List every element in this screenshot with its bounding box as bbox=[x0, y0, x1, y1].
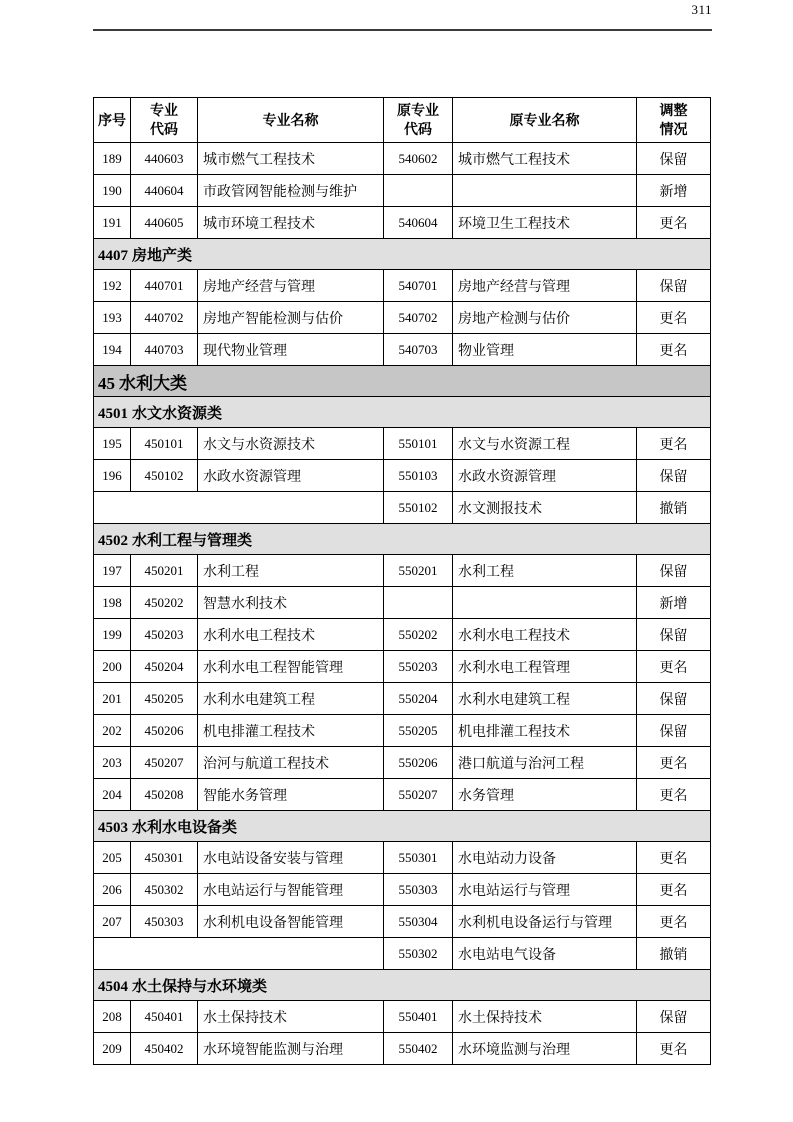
table-row: 205450301水电站设备安装与管理550301水电站动力设备更名 bbox=[94, 842, 711, 874]
table-row: 208450401水土保持技术550401水土保持技术保留 bbox=[94, 1001, 711, 1033]
table-row: 196450102水政水资源管理550103水政水资源管理保留 bbox=[94, 460, 711, 492]
code-cell: 190 bbox=[94, 175, 131, 207]
code-cell: 540602 bbox=[384, 143, 453, 175]
adjustment-status-cell: 更名 bbox=[637, 302, 711, 334]
major-name-cell: 物业管理 bbox=[453, 334, 637, 366]
major-name-cell: 水土保持技术 bbox=[198, 1001, 384, 1033]
category-code: 45 bbox=[98, 374, 115, 393]
major-name-cell bbox=[453, 175, 637, 207]
code-cell: 450303 bbox=[131, 906, 198, 938]
table-row: 206450302水电站运行与智能管理550303水电站运行与管理更名 bbox=[94, 874, 711, 906]
category-name: 水利水电设备类 bbox=[132, 819, 237, 836]
category-cell: 4407 房地产类 bbox=[94, 239, 711, 270]
code-cell: 550203 bbox=[384, 651, 453, 683]
major-name-cell: 现代物业管理 bbox=[198, 334, 384, 366]
adjustment-status-cell: 更名 bbox=[637, 874, 711, 906]
code-cell: 550204 bbox=[384, 683, 453, 715]
adjustment-status-cell: 更名 bbox=[637, 906, 711, 938]
major-name-cell: 市政管网智能检测与维护 bbox=[198, 175, 384, 207]
major-name-cell: 智能水务管理 bbox=[198, 779, 384, 811]
major-name-cell: 水环境智能监测与治理 bbox=[198, 1033, 384, 1065]
adjustment-status-cell: 新增 bbox=[637, 587, 711, 619]
major-name-cell: 城市燃气工程技术 bbox=[453, 143, 637, 175]
code-cell: 450208 bbox=[131, 779, 198, 811]
major-name-cell: 水文测报技术 bbox=[453, 492, 637, 524]
code-cell: 540604 bbox=[384, 207, 453, 239]
code-cell: 440603 bbox=[131, 143, 198, 175]
code-cell: 450204 bbox=[131, 651, 198, 683]
major-name-cell bbox=[453, 587, 637, 619]
sub-category-row: 4504 水土保持与水环境类 bbox=[94, 970, 711, 1001]
table-row: 191440605城市环境工程技术540604环境卫生工程技术更名 bbox=[94, 207, 711, 239]
adjustment-status-cell: 撤销 bbox=[637, 492, 711, 524]
adjustment-status-cell: 更名 bbox=[637, 651, 711, 683]
code-cell: 550201 bbox=[384, 555, 453, 587]
sub-category-row: 4501 水文水资源类 bbox=[94, 397, 711, 428]
major-name-cell: 水政水资源管理 bbox=[453, 460, 637, 492]
header-rule bbox=[93, 29, 712, 31]
code-cell: 195 bbox=[94, 428, 131, 460]
code-cell: 194 bbox=[94, 334, 131, 366]
code-cell: 550101 bbox=[384, 428, 453, 460]
major-name-cell: 水土保持技术 bbox=[453, 1001, 637, 1033]
major-name-cell: 水利水电建筑工程 bbox=[198, 683, 384, 715]
category-name: 水利工程与管理类 bbox=[132, 532, 252, 549]
sub-category-row: 4407 房地产类 bbox=[94, 239, 711, 270]
major-name-cell: 水电站运行与管理 bbox=[453, 874, 637, 906]
major-name-cell: 水利水电工程管理 bbox=[453, 651, 637, 683]
major-name-cell: 水利水电工程技术 bbox=[453, 619, 637, 651]
table-row: 194440703现代物业管理540703物业管理更名 bbox=[94, 334, 711, 366]
code-cell: 200 bbox=[94, 651, 131, 683]
table-row: 202450206机电排灌工程技术550205机电排灌工程技术保留 bbox=[94, 715, 711, 747]
adjustment-status-cell: 撤销 bbox=[637, 938, 711, 970]
code-cell: 450206 bbox=[131, 715, 198, 747]
major-name-cell: 水利水电工程技术 bbox=[198, 619, 384, 651]
adjustment-status-cell: 更名 bbox=[637, 207, 711, 239]
adjustment-status-cell: 更名 bbox=[637, 334, 711, 366]
table-row: 195450101水文与水资源技术550101水文与水资源工程更名 bbox=[94, 428, 711, 460]
code-cell: 550206 bbox=[384, 747, 453, 779]
major-name-cell: 水文与水资源技术 bbox=[198, 428, 384, 460]
table-row: 189440603城市燃气工程技术540602城市燃气工程技术保留 bbox=[94, 143, 711, 175]
code-cell: 550102 bbox=[384, 492, 453, 524]
code-cell: 450402 bbox=[131, 1033, 198, 1065]
majors-adjustment-table: 序号专业 代码专业名称原专业 代码原专业名称调整 情况 189440603城市燃… bbox=[93, 97, 711, 1065]
code-cell: 199 bbox=[94, 619, 131, 651]
code-cell: 440703 bbox=[131, 334, 198, 366]
sub-category-row: 4503 水利水电设备类 bbox=[94, 811, 711, 842]
code-cell bbox=[384, 587, 453, 619]
code-cell: 450207 bbox=[131, 747, 198, 779]
code-cell: 550103 bbox=[384, 460, 453, 492]
revoked-major-row: 550102水文测报技术撤销 bbox=[94, 492, 711, 524]
code-cell: 550301 bbox=[384, 842, 453, 874]
table-row: 204450208智能水务管理550207水务管理更名 bbox=[94, 779, 711, 811]
major-name-cell: 城市燃气工程技术 bbox=[198, 143, 384, 175]
code-cell: 550202 bbox=[384, 619, 453, 651]
code-cell: 202 bbox=[94, 715, 131, 747]
major-name-cell: 环境卫生工程技术 bbox=[453, 207, 637, 239]
category-cell: 4503 水利水电设备类 bbox=[94, 811, 711, 842]
major-name-cell: 水文与水资源工程 bbox=[453, 428, 637, 460]
major-name-cell: 治河与航道工程技术 bbox=[198, 747, 384, 779]
major-name-cell: 水政水资源管理 bbox=[198, 460, 384, 492]
category-cell: 4501 水文水资源类 bbox=[94, 397, 711, 428]
major-name-cell: 水电站运行与智能管理 bbox=[198, 874, 384, 906]
major-name-cell: 水环境监测与治理 bbox=[453, 1033, 637, 1065]
adjustment-status-cell: 保留 bbox=[637, 555, 711, 587]
code-cell: 540701 bbox=[384, 270, 453, 302]
major-name-cell: 机电排灌工程技术 bbox=[198, 715, 384, 747]
code-cell: 450203 bbox=[131, 619, 198, 651]
major-name-cell: 水电站动力设备 bbox=[453, 842, 637, 874]
major-name-cell: 房地产检测与估价 bbox=[453, 302, 637, 334]
major-name-cell: 城市环境工程技术 bbox=[198, 207, 384, 239]
table-row: 193440702房地产智能检测与估价540702房地产检测与估价更名 bbox=[94, 302, 711, 334]
code-cell: 440604 bbox=[131, 175, 198, 207]
major-name-cell: 水务管理 bbox=[453, 779, 637, 811]
code-cell: 440701 bbox=[131, 270, 198, 302]
category-name: 水利大类 bbox=[119, 374, 187, 393]
document-page: 311 序号专业 代码专业名称原专业 代码原专业名称调整 情况 18944060… bbox=[0, 0, 793, 1122]
table-row: 209450402水环境智能监测与治理550402水环境监测与治理更名 bbox=[94, 1033, 711, 1065]
major-name-cell: 水利水电工程智能管理 bbox=[198, 651, 384, 683]
code-cell: 440702 bbox=[131, 302, 198, 334]
major-category-row: 45 水利大类 bbox=[94, 366, 711, 397]
code-cell: 440605 bbox=[131, 207, 198, 239]
major-name-cell: 水利水电建筑工程 bbox=[453, 683, 637, 715]
category-cell: 45 水利大类 bbox=[94, 366, 711, 397]
code-cell: 550302 bbox=[384, 938, 453, 970]
code-cell: 205 bbox=[94, 842, 131, 874]
revoked-major-row: 550302水电站电气设备撤销 bbox=[94, 938, 711, 970]
column-header: 调整 情况 bbox=[637, 98, 711, 143]
code-cell: 550402 bbox=[384, 1033, 453, 1065]
adjustment-status-cell: 更名 bbox=[637, 1033, 711, 1065]
adjustment-status-cell: 更名 bbox=[637, 842, 711, 874]
category-code: 4502 bbox=[98, 533, 128, 549]
major-name-cell: 机电排灌工程技术 bbox=[453, 715, 637, 747]
code-cell: 450102 bbox=[131, 460, 198, 492]
adjustment-status-cell: 保留 bbox=[637, 683, 711, 715]
adjustment-status-cell: 更名 bbox=[637, 779, 711, 811]
major-name-cell: 水电站电气设备 bbox=[453, 938, 637, 970]
code-cell: 450302 bbox=[131, 874, 198, 906]
category-name: 房地产类 bbox=[132, 247, 192, 264]
code-cell: 204 bbox=[94, 779, 131, 811]
code-cell: 540702 bbox=[384, 302, 453, 334]
code-cell: 550303 bbox=[384, 874, 453, 906]
code-cell: 450301 bbox=[131, 842, 198, 874]
sub-category-row: 4502 水利工程与管理类 bbox=[94, 524, 711, 555]
code-cell: 189 bbox=[94, 143, 131, 175]
category-code: 4503 bbox=[98, 820, 128, 836]
column-header: 原专业 代码 bbox=[384, 98, 453, 143]
major-name-cell: 房地产经营与管理 bbox=[453, 270, 637, 302]
code-cell: 450201 bbox=[131, 555, 198, 587]
adjustment-status-cell: 更名 bbox=[637, 747, 711, 779]
column-header: 序号 bbox=[94, 98, 131, 143]
major-name-cell: 港口航道与治河工程 bbox=[453, 747, 637, 779]
table-row: 199450203水利水电工程技术550202水利水电工程技术保留 bbox=[94, 619, 711, 651]
header-row: 序号专业 代码专业名称原专业 代码原专业名称调整 情况 bbox=[94, 98, 711, 143]
adjustment-status-cell: 保留 bbox=[637, 460, 711, 492]
code-cell: 550207 bbox=[384, 779, 453, 811]
code-cell: 196 bbox=[94, 460, 131, 492]
page-number: 311 bbox=[93, 2, 712, 18]
major-name-cell: 水利机电设备运行与管理 bbox=[453, 906, 637, 938]
code-cell: 203 bbox=[94, 747, 131, 779]
code-cell: 450202 bbox=[131, 587, 198, 619]
code-cell: 550304 bbox=[384, 906, 453, 938]
major-name-cell: 水利机电设备智能管理 bbox=[198, 906, 384, 938]
table-body: 189440603城市燃气工程技术540602城市燃气工程技术保留1904406… bbox=[94, 143, 711, 1065]
adjustment-status-cell: 保留 bbox=[637, 715, 711, 747]
category-code: 4501 bbox=[98, 406, 128, 422]
adjustment-status-cell: 新增 bbox=[637, 175, 711, 207]
adjustment-status-cell: 更名 bbox=[637, 428, 711, 460]
table-row: 200450204水利水电工程智能管理550203水利水电工程管理更名 bbox=[94, 651, 711, 683]
code-cell: 208 bbox=[94, 1001, 131, 1033]
major-name-cell: 水电站设备安装与管理 bbox=[198, 842, 384, 874]
category-cell: 4504 水土保持与水环境类 bbox=[94, 970, 711, 1001]
column-header: 专业名称 bbox=[198, 98, 384, 143]
code-cell: 550205 bbox=[384, 715, 453, 747]
category-code: 4504 bbox=[98, 979, 128, 995]
table-row: 198450202智慧水利技术新增 bbox=[94, 587, 711, 619]
table-row: 190440604市政管网智能检测与维护新增 bbox=[94, 175, 711, 207]
code-cell: 207 bbox=[94, 906, 131, 938]
code-cell: 550401 bbox=[384, 1001, 453, 1033]
table-header: 序号专业 代码专业名称原专业 代码原专业名称调整 情况 bbox=[94, 98, 711, 143]
empty-merged-cell bbox=[94, 938, 384, 970]
column-header: 专业 代码 bbox=[131, 98, 198, 143]
code-cell: 201 bbox=[94, 683, 131, 715]
code-cell: 540703 bbox=[384, 334, 453, 366]
empty-merged-cell bbox=[94, 492, 384, 524]
category-cell: 4502 水利工程与管理类 bbox=[94, 524, 711, 555]
adjustment-status-cell: 保留 bbox=[637, 1001, 711, 1033]
code-cell: 450101 bbox=[131, 428, 198, 460]
code-cell bbox=[384, 175, 453, 207]
adjustment-status-cell: 保留 bbox=[637, 619, 711, 651]
code-cell: 193 bbox=[94, 302, 131, 334]
code-cell: 192 bbox=[94, 270, 131, 302]
table-row: 203450207治河与航道工程技术550206港口航道与治河工程更名 bbox=[94, 747, 711, 779]
code-cell: 191 bbox=[94, 207, 131, 239]
major-name-cell: 智慧水利技术 bbox=[198, 587, 384, 619]
major-name-cell: 水利工程 bbox=[453, 555, 637, 587]
major-name-cell: 水利工程 bbox=[198, 555, 384, 587]
table-row: 197450201水利工程550201水利工程保留 bbox=[94, 555, 711, 587]
category-name: 水文水资源类 bbox=[132, 405, 222, 422]
table-row: 192440701房地产经营与管理540701房地产经营与管理保留 bbox=[94, 270, 711, 302]
code-cell: 206 bbox=[94, 874, 131, 906]
column-header: 原专业名称 bbox=[453, 98, 637, 143]
category-name: 水土保持与水环境类 bbox=[132, 978, 267, 995]
adjustment-status-cell: 保留 bbox=[637, 143, 711, 175]
major-name-cell: 房地产智能检测与估价 bbox=[198, 302, 384, 334]
code-cell: 450205 bbox=[131, 683, 198, 715]
major-name-cell: 房地产经营与管理 bbox=[198, 270, 384, 302]
code-cell: 209 bbox=[94, 1033, 131, 1065]
table-row: 201450205水利水电建筑工程550204水利水电建筑工程保留 bbox=[94, 683, 711, 715]
category-code: 4407 bbox=[98, 248, 128, 264]
code-cell: 197 bbox=[94, 555, 131, 587]
table-row: 207450303水利机电设备智能管理550304水利机电设备运行与管理更名 bbox=[94, 906, 711, 938]
code-cell: 450401 bbox=[131, 1001, 198, 1033]
code-cell: 198 bbox=[94, 587, 131, 619]
adjustment-status-cell: 保留 bbox=[637, 270, 711, 302]
